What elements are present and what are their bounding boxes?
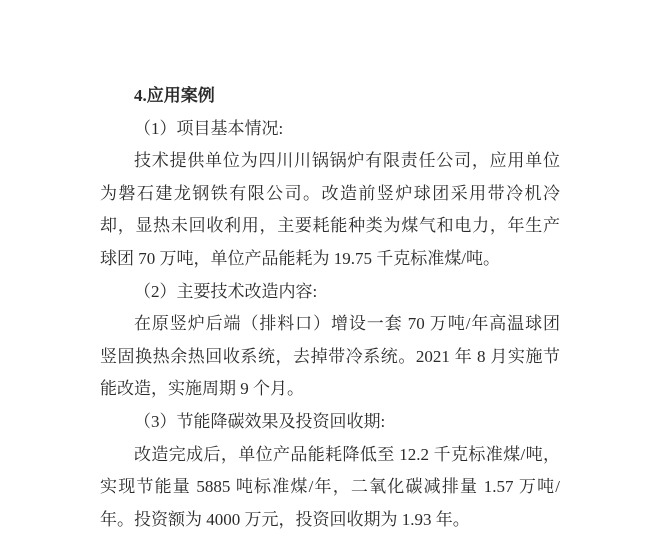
text-line: 改造完成后，单位产品能耗降低至 12.2 千克标准煤/吨， xyxy=(100,439,560,472)
text-line: 实现节能量 5885 吨标准煤/年，二氧化碳减排量 1.57 万吨/ xyxy=(100,471,560,504)
text-line: （1）项目基本情况: xyxy=(100,113,560,146)
text-line: （2）主要技术改造内容: xyxy=(100,276,560,309)
text-line: 球团 70 万吨，单位产品能耗为 19.75 千克标准煤/吨。 xyxy=(100,243,560,276)
text-line: （3）节能降碳效果及投资回收期: xyxy=(100,406,560,439)
text-line: 却，显热未回收利用，主要耗能种类为煤气和电力，年生产 xyxy=(100,210,560,243)
text-line: 竖固换热余热回收系统，去掉带冷系统。2021 年 8 月实施节 xyxy=(100,341,560,374)
document-page: 4.应用案例 （1）项目基本情况: 技术提供单位为四川川锅锅炉有限责任公司，应用… xyxy=(0,0,660,549)
text-block: 4.应用案例 （1）项目基本情况: 技术提供单位为四川川锅锅炉有限责任公司，应用… xyxy=(100,80,560,536)
text-line: 能改造，实施周期 9 个月。 xyxy=(100,373,560,406)
text-line: 年。投资额为 4000 万元，投资回收期为 1.93 年。 xyxy=(100,504,560,537)
text-line: 技术提供单位为四川川锅锅炉有限责任公司，应用单位 xyxy=(100,145,560,178)
text-line: 为磐石建龙钢铁有限公司。改造前竖炉球团采用带冷机冷 xyxy=(100,178,560,211)
section-heading: 4.应用案例 xyxy=(100,80,560,113)
text-line: 在原竖炉后端（排料口）增设一套 70 万吨/年高温球团 xyxy=(100,308,560,341)
